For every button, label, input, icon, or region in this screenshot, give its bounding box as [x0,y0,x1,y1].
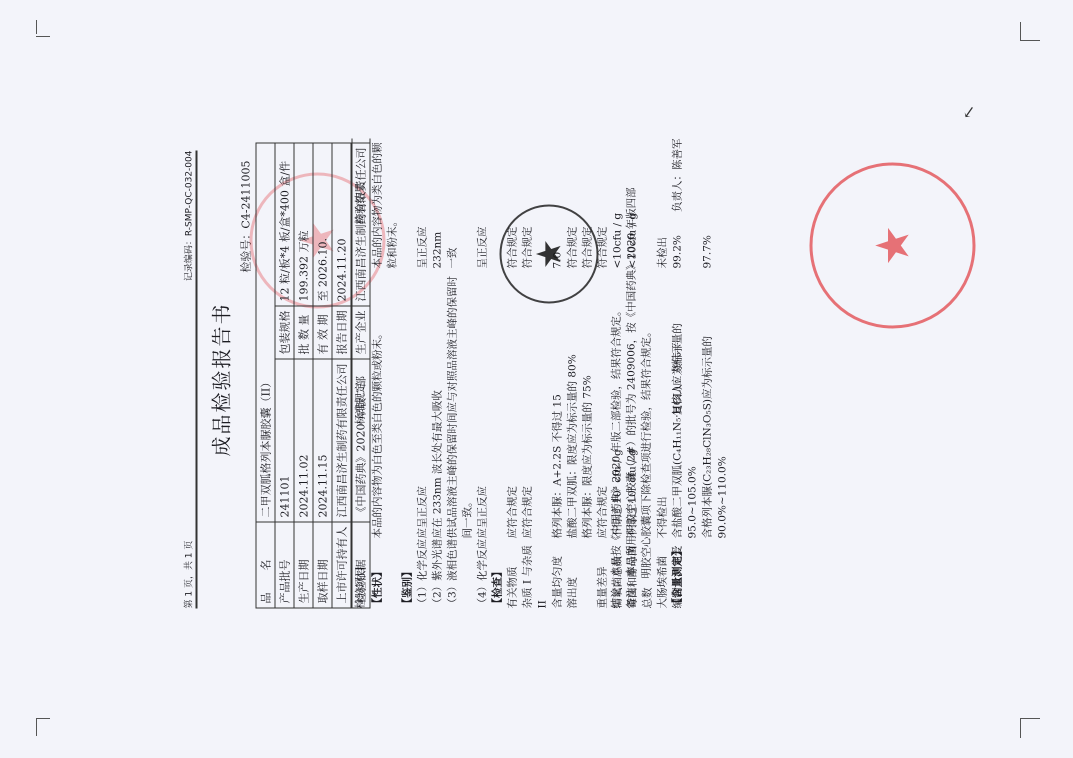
result-item: （3）液相色谱 [446,539,476,609]
result-result: 一致 [446,139,476,269]
result-item [581,539,596,609]
info-row: 上市许可持有人 江西南昌济生制药有限责任公司 报告日期 2024.11.20 [332,143,351,608]
result-item: 大肠埃希菌 [656,539,671,609]
report-title: 成品检验报告书 [206,1,235,758]
result-result: 本品的内容物为类白色的颗粒和粉末。 [371,139,401,269]
col-item: 检验项目 [354,539,369,609]
result-standard [491,269,506,539]
result-item: 有关物质 [506,539,521,609]
info-key: 报告日期 [332,306,351,359]
batch-quantity: 199.392 万粒 [294,143,313,306]
info-row: 生产日期 2024.11.02 批 数 量 199.392 万粒 [294,143,313,608]
results-header: 检验项目 标准规定 检验结果 [352,139,371,609]
result-standard [401,269,416,539]
result-result: 未检出 [656,139,671,269]
result-row: （4）化学反应应呈正反应呈正反应 [476,139,491,609]
reviewed-by: 复核人：龚伟平 [670,342,685,416]
info-row: 产品批号 241101 包装规格 12 粒/板*4 板/盒*400 盒/件 [275,143,294,608]
result-standard: 应符合规定 [521,269,551,539]
info-row: 取样日期 2024.11.15 有 效 期 至 2026.10. [313,143,332,608]
result-item: 含量均匀度 [551,539,566,609]
info-key: 产品批号 [275,522,294,608]
result-item: 杂质 I 与杂质 II [521,539,551,609]
info-key: 上市许可持有人 [332,522,351,608]
result-item: 【性状】 [371,539,401,609]
result-standard: 应符合规定 [596,269,611,539]
star-icon: ★ [870,225,916,266]
scanned-document: 第 1 页，共 1 页 记录编码：R-SMP-QC-032-004 成品检验报告… [0,0,1073,758]
col-standard: 标准规定 [354,269,369,539]
info-key: 生产日期 [294,522,313,608]
result-row: 【鉴别】 [401,139,416,609]
result-standard: 格列本脲：A+2.2S 不得过 15 [551,269,566,539]
result-row: 重量差异应符合规定符合规定 [596,139,611,609]
qc-seal: ★ [500,205,599,304]
info-key: 有 效 期 [313,306,332,359]
conclusion: 结论：本品按《中国药典》2020 年版二部检验，结果符合规定。 备注：本品所用明… [610,139,655,609]
product-name: 二甲双胍格列本脲胶囊（II） [256,143,275,522]
result-standard: 供试品溶液主峰的保留时间应与对照品溶液主峰的保留时间一致。 [446,269,476,539]
result-item: （2）紫外光谱 [431,539,446,609]
note-line-2: 明胶空心胶囊项下除检查项进行检验，结果符合规定。 [640,139,655,609]
expiry-date: 至 2026.10. [313,143,332,306]
note-line-1: 备注：本品所用明胶空心胶囊（2#）的批号为 2409006，按《中国药典》202… [625,139,640,609]
prepared-by: 编制人：刘爱 [670,546,685,609]
result-row: （3）液相色谱供试品溶液主峰的保留时间应与对照品溶液主峰的保留时间一致。一致 [446,139,476,609]
info-key: 批 数 量 [294,306,313,359]
sampling-date: 2024.11.15 [313,359,332,522]
record-code: 记录编码：R-SMP-QC-032-004 [182,151,195,282]
signatures: 编制人：刘爱 复核人：龚伟平 负责人：陈善军 [670,139,685,609]
result-row: （2）紫外光谱应在 233nm 波长处有最大吸收232nm [431,139,446,609]
result-result: 232nm [431,139,446,269]
license-holder: 江西南昌济生制药有限责任公司 [332,359,351,522]
result-item: 【检查】 [491,539,506,609]
result-result: 呈正反应 [416,139,431,269]
result-item: 重量差异 [596,539,611,609]
result-row: 大肠埃希菌不得检出未检出 [656,139,671,609]
result-item: （1）化学反应 [416,539,431,609]
result-item: 【鉴别】 [401,539,416,609]
info-key: 品 名 [256,522,275,608]
info-key: 包装规格 [275,306,294,359]
result-row: 含格列本脲(C₂₃H₂₈ClN₃O₅S)应为标示量的 90.0%~110.0%9… [701,139,731,609]
result-result: 97.7% [701,139,731,269]
result-row: 有关物质应符合规定符合规定 [506,139,521,609]
result-standard: 应符合规定 [506,269,521,539]
result-row: 格列本脲：限度应为标示量的 75%符合规定 [581,139,596,609]
result-row: （1）化学反应应呈正反应呈正反应 [416,139,431,609]
header-rule [196,151,198,609]
result-item [701,539,731,609]
result-item: （4）化学反应 [476,539,491,609]
package-spec: 12 粒/板*4 板/盒*400 盒/件 [275,143,294,306]
result-result [401,139,416,269]
result-row: 【性状】本品的内容物为白色至类白色的颗粒或粉末。本品的内容物为类白色的颗粒和粉末… [371,139,401,609]
result-item: 溶出度 [566,539,581,609]
page-number: 第 1 页，共 1 页 [182,541,195,609]
approved-by: 负责人：陈善军 [670,139,685,213]
production-date: 2024.11.02 [294,359,313,522]
handwritten-mark: ↙ [961,101,978,122]
result-standard: 应呈正反应 [416,269,431,539]
col-result: 检验结果 [354,139,369,269]
result-standard: 含格列本脲(C₂₃H₂₈ClN₃O₅S)应为标示量的 90.0%~110.0% [701,269,731,539]
result-standard: 盐酸二甲双胍：限度应为标示量的 80% [566,269,581,539]
verdict: 结论：本品按《中国药典》2020 年版二部检验，结果符合规定。 [610,139,625,609]
result-standard: 本品的内容物为白色至类白色的颗粒或粉末。 [371,269,401,539]
result-row: 【检查】 [491,139,506,609]
report-date: 2024.11.20 [332,143,351,306]
result-standard: 应呈正反应 [476,269,491,539]
result-standard: 格列本脲：限度应为标示量的 75% [581,269,596,539]
info-key: 取样日期 [313,522,332,608]
info-row: 品 名 二甲双胍格列本脲胶囊（II） [256,143,275,608]
company-seal: ★ [810,163,976,329]
batch-number: 241101 [275,359,294,522]
report-page: 第 1 页，共 1 页 记录编码：R-SMP-QC-032-004 成品检验报告… [0,1,1073,758]
result-standard: 应在 233nm 波长处有最大吸收 [431,269,446,539]
result-standard: 不得检出 [656,269,671,539]
result-result: 呈正反应 [476,139,491,269]
star-icon: ★ [532,239,566,269]
